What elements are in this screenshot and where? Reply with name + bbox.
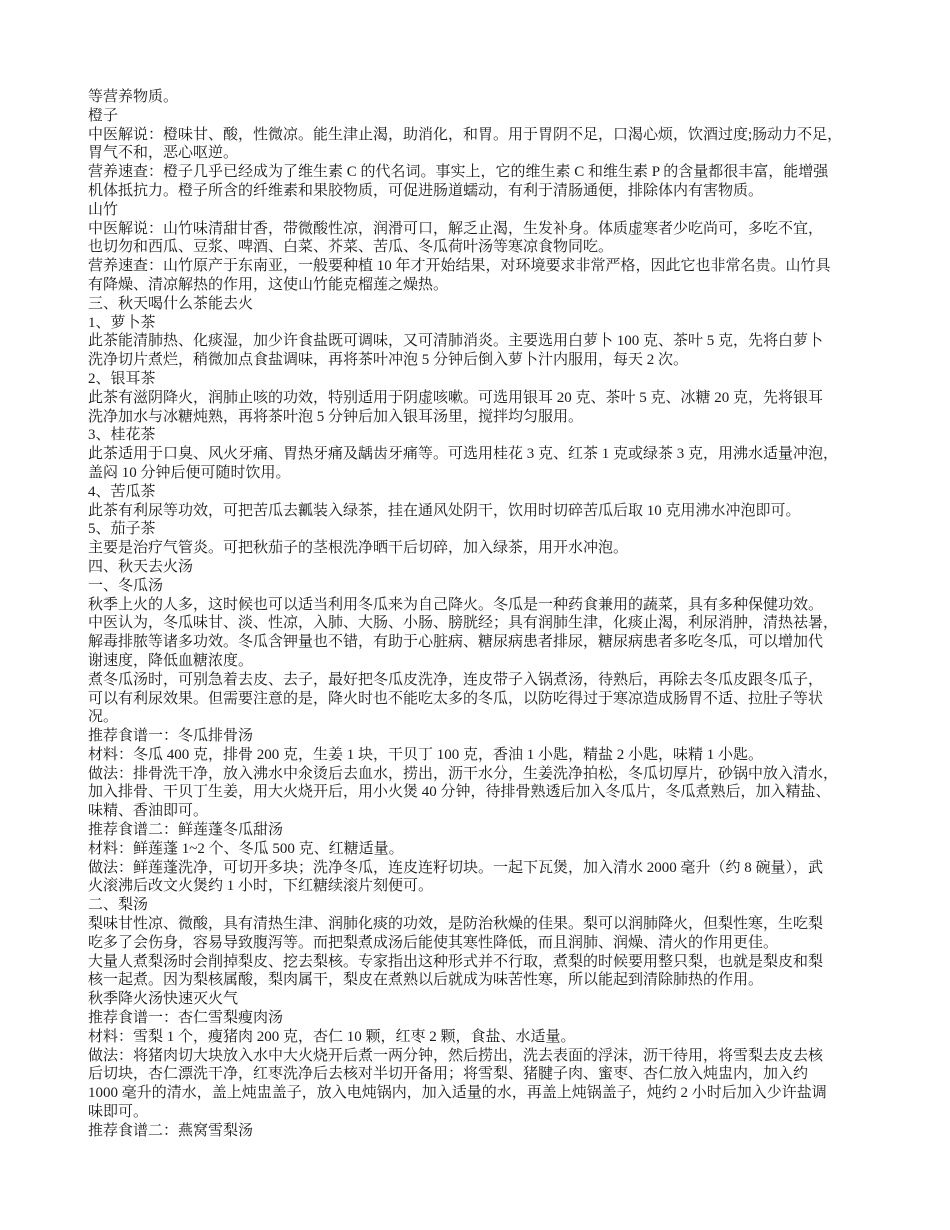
text-line: 谢速度，降低血糖浓度。 — [88, 652, 878, 671]
document-text: 等营养物质。橙子中医解说：橙味甘、酸，性微凉。能生津止渴，助消化，和胃。用于胃阴… — [88, 88, 878, 1141]
text-line: 味即可。 — [88, 1103, 878, 1122]
text-line: 此茶有滋阴降火，润肺止咳的功效，特别适用于阴虚咳嗽。可选用银耳 20 克、茶叶 … — [88, 389, 878, 408]
text-line: 中医认为，冬瓜味甘、淡、性凉，入肺、大肠、小肠、膀胱经；具有润肺生津，化痰止渴，… — [88, 614, 878, 633]
text-line: 大量人煮梨汤时会削掉梨皮、挖去梨核。专家指出这种形式并不行取，煮梨的时候要用整只… — [88, 953, 878, 972]
text-line: 5、茄子茶 — [88, 520, 878, 539]
text-line: 做法：鲜莲蓬洗净，可切开多块；洗净冬瓜，连皮连籽切块。一起下瓦煲，加入清水 20… — [88, 859, 878, 878]
text-line: 推荐食谱一：冬瓜排骨汤 — [88, 727, 878, 746]
text-line: 1、萝卜茶 — [88, 314, 878, 333]
text-line: 推荐食谱二：鲜莲蓬冬瓜甜汤 — [88, 821, 878, 840]
text-line: 吃多了会伤身，容易导致腹泻等。而把梨煮成汤后能使其寒性降低，而且润肺、润燥、清火… — [88, 934, 878, 953]
text-line: 三、秋天喝什么茶能去火 — [88, 295, 878, 314]
text-line: 营养速查：山竹原产于东南亚，一般要种植 10 年才开始结果，对环境要求非常严格，… — [88, 257, 878, 276]
text-line: 秋季降火汤快速灭火气 — [88, 990, 878, 1009]
text-line: 此茶适用于口臭、风火牙痛、胃热牙痛及龋齿牙痛等。可选用桂花 3 克、红茶 1 克… — [88, 445, 878, 464]
text-line: 4、苦瓜茶 — [88, 483, 878, 502]
text-line: 推荐食谱二：燕窝雪梨汤 — [88, 1122, 878, 1141]
text-line: 核一起煮。因为梨核属酸，梨肉属干，梨皮在煮熟以后就成为味苦性寒，所以能起到清除肺… — [88, 971, 878, 990]
document-page: 等营养物质。橙子中医解说：橙味甘、酸，性微凉。能生津止渴，助消化，和胃。用于胃阴… — [0, 0, 950, 1230]
text-line: 可以有利尿效果。但需要注意的是，降火时也不能吃太多的冬瓜，以防吃得过于寒凉造成肠… — [88, 690, 878, 709]
text-line: 味精、香油即可。 — [88, 802, 878, 821]
text-line: 1000 毫升的清水，盖上炖盅盖子，放入电炖锅内，加入适量的水，再盖上炖锅盖子，… — [88, 1084, 878, 1103]
text-line: 解毒排脓等诸多功效。冬瓜含钾量也不错，有助于心脏病、糖尿病患者排尿，糖尿病患者多… — [88, 633, 878, 652]
text-line: 营养速查：橙子几乎已经成为了维生素 C 的代名词。事实上，它的维生素 C 和维生… — [88, 163, 878, 182]
text-line: 有降燥、清凉解热的作用，这使山竹能克榴莲之燥热。 — [88, 276, 878, 295]
text-line: 材料：鲜莲蓬 1~2 个、冬瓜 500 克、红糖适量。 — [88, 840, 878, 859]
text-line: 洗净切片煮烂，稍微加点食盐调味，再将茶叶冲泡 5 分钟后倒入萝卜汁内服用，每天 … — [88, 351, 878, 370]
text-line: 煮冬瓜汤时，可别急着去皮、去子，最好把冬瓜皮洗净，连皮带子入锅煮汤，待熟后，再除… — [88, 671, 878, 690]
text-line: 胃气不和，恶心呕逆。 — [88, 144, 878, 163]
text-line: 梨味甘性凉、微酸，具有清热生津、润肺化痰的功效，是防治秋燥的佳果。梨可以润肺降火… — [88, 915, 878, 934]
text-line: 中医解说：橙味甘、酸，性微凉。能生津止渴，助消化，和胃。用于胃阴不足，口渴心烦，… — [88, 126, 878, 145]
text-line: 况。 — [88, 708, 878, 727]
text-line: 主要是治疗气管炎。可把秋茄子的茎根洗净晒干后切碎，加入绿茶，用开水冲泡。 — [88, 539, 878, 558]
text-line: 橙子 — [88, 107, 878, 126]
text-line: 火滚沸后改文火煲约 1 小时，下红糖续滚片刻便可。 — [88, 877, 878, 896]
text-line: 山竹 — [88, 201, 878, 220]
text-line: 四、秋天去火汤 — [88, 558, 878, 577]
text-line: 也切勿和西瓜、豆浆、啤酒、白菜、芥菜、苦瓜、冬瓜荷叶汤等寒凉食物同吃。 — [88, 238, 878, 257]
text-line: 推荐食谱一：杏仁雪梨瘦肉汤 — [88, 1009, 878, 1028]
text-line: 一、冬瓜汤 — [88, 577, 878, 596]
text-line: 秋季上火的人多，这时候也可以适当利用冬瓜来为自己降火。冬瓜是一种药食兼用的蔬菜，… — [88, 596, 878, 615]
text-line: 此茶能清肺热、化痰湿，加少许食盐既可调味，又可清肺消炎。主要选用白萝卜 100 … — [88, 332, 878, 351]
text-line: 后切块，杏仁漂洗干净，红枣洗净后去核对半切开备用；将雪梨、猪腱子肉、蜜枣、杏仁放… — [88, 1065, 878, 1084]
text-line: 做法：将猪肉切大块放入水中大火烧开后煮一两分钟，然后捞出，洗去表面的浮沫，沥干待… — [88, 1047, 878, 1066]
text-line: 中医解说：山竹味清甜甘香，带微酸性凉，润滑可口，解乏止渴，生发补身。体质虚寒者少… — [88, 220, 878, 239]
text-line: 盖闷 10 分钟后便可随时饮用。 — [88, 464, 878, 483]
text-line: 材料：冬瓜 400 克，排骨 200 克，生姜 1 块，干贝丁 100 克，香油… — [88, 746, 878, 765]
text-line: 2、银耳茶 — [88, 370, 878, 389]
text-line: 3、桂花茶 — [88, 426, 878, 445]
text-line: 机体抵抗力。橙子所含的纤维素和果胶物质，可促进肠道蠕动，有利于清肠通便，排除体内… — [88, 182, 878, 201]
text-line: 此茶有利尿等功效，可把苦瓜去瓤装入绿茶，挂在通风处阴干，饮用时切碎苦瓜后取 10… — [88, 502, 878, 521]
text-line: 等营养物质。 — [88, 88, 878, 107]
text-line: 加入排骨、干贝丁生姜，用大火烧开后，用小火煲 40 分钟，待排骨熟透后加入冬瓜片… — [88, 783, 878, 802]
text-line: 材料：雪梨 1 个，瘦猪肉 200 克，杏仁 10 颗，红枣 2 颗，食盐、水适… — [88, 1028, 878, 1047]
text-line: 洗净加水与冰糖炖熟，再将茶叶泡 5 分钟后加入银耳汤里，搅拌均匀服用。 — [88, 408, 878, 427]
text-line: 二、梨汤 — [88, 896, 878, 915]
text-line: 做法：排骨洗干净，放入沸水中氽烫后去血水，捞出，沥干水分，生姜洗净拍松，冬瓜切厚… — [88, 765, 878, 784]
